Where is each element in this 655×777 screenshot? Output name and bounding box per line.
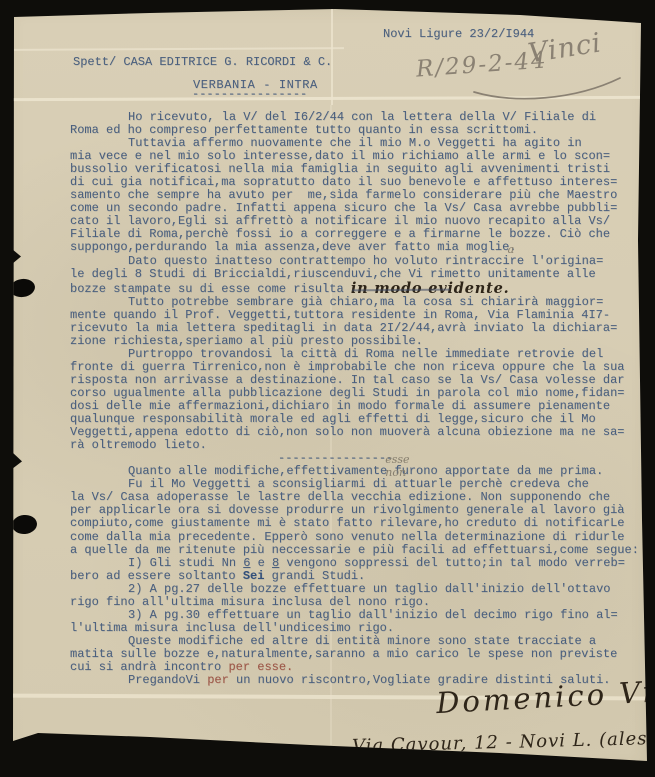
typed-text: bussolio verificatosi nella mia famiglia… bbox=[70, 162, 610, 176]
typed-text: zione richiesta,speriamo al più presto p… bbox=[70, 334, 423, 348]
typed-text: 3) A pg.30 effettuare un taglio dall'ini… bbox=[128, 608, 618, 622]
typed-text: Roma ed ho compreso perfettamente tutto … bbox=[70, 123, 538, 137]
typed-text: Filiale di Roma,perchè fossi io a correg… bbox=[70, 227, 610, 241]
typed-text: corso ugualmente alla pubblicazione degl… bbox=[70, 386, 625, 400]
typed-text: ---------------- bbox=[278, 451, 393, 465]
typed-text: Queste modifiche ed altre di entità mino… bbox=[128, 634, 596, 648]
signature-address-handwritten: Via Cavour, 12 - Novi L. (alessandria) bbox=[352, 726, 655, 757]
typed-text: re l'origina= bbox=[510, 254, 604, 268]
typed-text: fronte di guerra Tirrenico,non è improba… bbox=[70, 360, 625, 374]
typed-text: PregandoVi bbox=[128, 673, 207, 687]
typed-text: bero ad essere soltanto bbox=[70, 569, 243, 583]
body-line: le degli 8 Studi di Briccialdi,riuscendu… bbox=[70, 268, 639, 281]
typed-text: e bbox=[250, 556, 272, 570]
typed-text: Ho ricevuto, la V/ del I6/2/44 con la le… bbox=[128, 110, 596, 124]
typed-text: a quelle da me ritenute più neccessarie … bbox=[70, 543, 639, 557]
overtyped-text: Sei bbox=[243, 569, 265, 583]
typed-text: suppongo,perdurando la mia assenza,deve … bbox=[70, 240, 516, 254]
typed-text: mia vece e nel mio solo interesse,dato i… bbox=[70, 149, 610, 163]
typed-text: rà oltremodo lieto. bbox=[70, 438, 207, 452]
typed-text: rigo fino all'ultima misura inclusa del … bbox=[70, 595, 430, 609]
red-typed-text: per bbox=[207, 673, 229, 687]
typed-text: Fu il Mo Veggetti a sconsigliarmi di bbox=[128, 477, 387, 491]
punch-hole-top bbox=[9, 277, 36, 298]
punch-hole-bottom bbox=[11, 514, 38, 535]
typed-text: Purtroppo trovandosi la città di Roma ne… bbox=[128, 347, 603, 361]
typed-text: per applicarle ora si dovesse produrre u… bbox=[70, 503, 625, 517]
typed-text: cato il lavoro,Egli si affrettò a notifi… bbox=[70, 214, 610, 228]
typed-text: dosi delle mie affermazioni,dichiaro in … bbox=[70, 399, 610, 413]
typed-text: furono apportate da me prima. bbox=[387, 464, 603, 478]
typed-text: grandi Studi. bbox=[264, 569, 365, 583]
typed-text: le degli 8 Studi di Briccialdi,riuscendu… bbox=[70, 267, 596, 281]
typed-text: come dalla mia precedente. Epperò sono v… bbox=[70, 530, 625, 544]
typed-text: mente quando il Prof. Veggetti,tuttora r… bbox=[70, 308, 610, 322]
body-line: bozze stampate su di esse come risulta i… bbox=[70, 281, 639, 296]
letter-body: Ho ricevuto, la V/ del I6/2/44 con la le… bbox=[70, 111, 639, 687]
typed-text: Dato questo inatteso contrattempo ho vol… bbox=[128, 254, 510, 268]
received-name-pencil: Vinci bbox=[526, 27, 604, 69]
typed-text: cui si andrà incontro bbox=[70, 660, 228, 674]
typed-text: compiuto,come giustamente mi è stato fat… bbox=[70, 516, 625, 530]
typed-text: ricevuto la mia lettera speditagli in da… bbox=[70, 321, 617, 335]
recipient-name: Spett/ CASA EDITRICE G. RICORDI & C. bbox=[73, 55, 332, 69]
typed-text: Quanto alle modifiche,effettivamente bbox=[128, 464, 387, 478]
ink-correction: in modo evidente. bbox=[351, 280, 510, 297]
red-typed-text: per esse. bbox=[228, 660, 293, 674]
typed-text: l'ultima misura inclusa dell'undicesimo … bbox=[70, 621, 394, 635]
typed-text: Veggetti,appena edotto di ciò,non solo n… bbox=[70, 425, 625, 439]
typed-text: samento che sempre ha avuto per me,sìda … bbox=[70, 188, 617, 202]
scanned-letter-page: { "colors":{ "background":"#0e0d0a", "pa… bbox=[0, 0, 655, 777]
recipient-underline-dashes: ---------------- bbox=[192, 87, 307, 101]
typed-text: matita sulle bozze e,naturalmente,sarann… bbox=[70, 647, 617, 661]
typed-text: qualunque responsabilità morale ed agli … bbox=[70, 412, 596, 426]
typed-text: risposta non arrivasse a destinazione. I… bbox=[70, 373, 625, 387]
typed-text: I) Gli studi Nn bbox=[128, 556, 243, 570]
pencil-flourish-icon bbox=[470, 72, 640, 106]
letter-paper: Novi Ligure 23/2/I944 R/29-2-44 Vinci Sp… bbox=[0, 0, 655, 777]
typed-text: la Vs/ Casa adoperasse le lastre della v… bbox=[70, 490, 610, 504]
typed-text: bozze stampate su di esse come risulta bbox=[70, 282, 351, 296]
date-line: Novi Ligure 23/2/I944 bbox=[383, 27, 534, 41]
typed-text: Tuttavia affermo nuovamente che il mio M… bbox=[128, 136, 582, 150]
typed-text: 2) A pg.27 delle bozze effettuare un tag… bbox=[128, 582, 610, 596]
typed-text: di cui gia notificai,ma sopratutto dato … bbox=[70, 175, 617, 189]
typed-text: attuarle perchè credeva che bbox=[387, 477, 589, 491]
paper-crease-top bbox=[14, 47, 344, 51]
typed-text: vengono soppressi del tutto;in tal modo … bbox=[279, 556, 625, 570]
typed-text: come un secondo padre. Infatti appena si… bbox=[70, 201, 617, 215]
